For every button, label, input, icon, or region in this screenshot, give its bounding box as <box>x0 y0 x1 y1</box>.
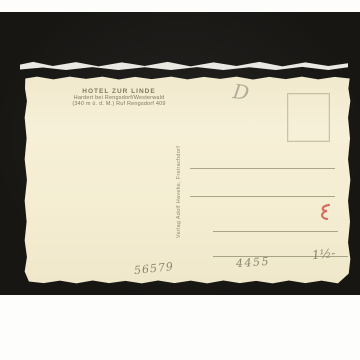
stamp-box <box>287 93 330 142</box>
handwritten-letter-d: D <box>231 79 250 105</box>
postcard-back-edge <box>20 61 348 70</box>
publisher-imprint: Verlag Adolf Haveke, Freirachdorf <box>176 137 186 247</box>
hotel-elevation-phone: (340 m ü. d. M.) Ruf Rengsdorf 409 <box>44 102 194 108</box>
address-line <box>190 168 335 169</box>
postcard: HOTEL ZUR LINDE Hardert bei Rengsdorf/We… <box>24 76 351 284</box>
handwritten-postal-code: 56579 <box>133 260 174 277</box>
handwritten-inventory-number: 4455 <box>236 255 271 270</box>
photo-backdrop: HOTEL ZUR LINDE Hardert bei Rengsdorf/We… <box>0 12 360 295</box>
handwritten-price: 1½- <box>311 246 336 262</box>
address-line <box>213 231 338 232</box>
address-line <box>190 196 335 197</box>
postcard-header: HOTEL ZUR LINDE Hardert bei Rengsdorf/We… <box>44 87 194 108</box>
red-scribble <box>318 203 334 223</box>
